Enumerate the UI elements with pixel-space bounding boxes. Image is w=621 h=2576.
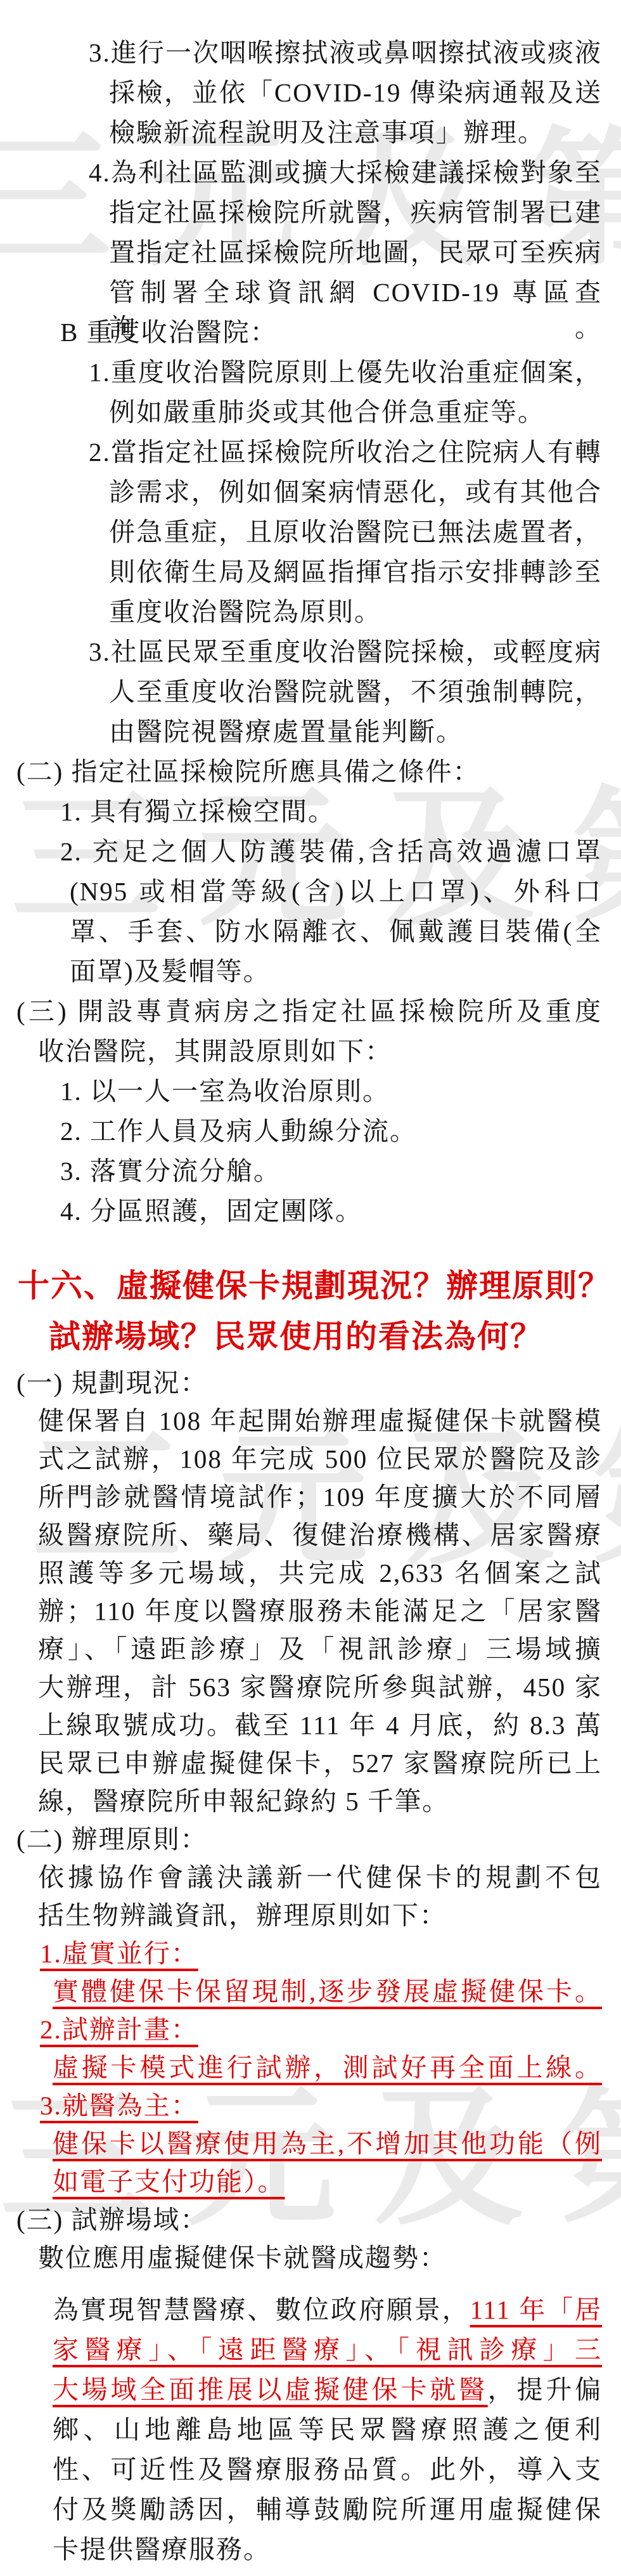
- text-segment: 括生物辨識資訊，辦理原則如下：: [38, 1901, 447, 1930]
- text-line: 所門診就醫情境試作；109 年度擴大於不同層: [38, 1479, 602, 1515]
- text-line: 則依衛生局及網區指揮官指示安排轉診至: [109, 554, 602, 590]
- text-line: 併急重症，且原收治醫院已無法處置者，: [109, 514, 602, 550]
- text-segment: 療」、「遠距診療」及「視訊診療」三場域擴: [38, 1634, 602, 1664]
- text-line: 1.虛實並行：: [40, 1936, 198, 1971]
- text-segment: 辦；110 年度以醫療服務未能滿足之「居家醫: [38, 1596, 602, 1626]
- highlighted-red-text: 2.試辦計畫：: [40, 2015, 198, 2044]
- text-line: 1.重度收治醫院原則上優先收治重症個案，: [89, 354, 602, 390]
- text-segment: 診需求，例如個案病情惡化，或有其他合: [109, 477, 602, 507]
- text-segment: 試辦場域？民眾使用的看法為何？: [49, 1319, 543, 1354]
- text-line: 民眾已申辦虛擬健保卡，527 家醫療院所已上: [38, 1745, 602, 1781]
- text-segment: 採檢，並依「COVID-19 傳染病通報及送: [109, 78, 602, 107]
- text-segment: 例如嚴重肺炎或其他合併急重症等。: [109, 398, 545, 427]
- text-segment: 由醫院視醫療處置量能判斷。: [109, 717, 463, 746]
- highlighted-red-text: 3.就醫為主：: [40, 2091, 198, 2120]
- text-segment: 2.當指定社區採檢院所收治之住院病人有轉: [89, 437, 602, 467]
- highlighted-red-text: 健保卡以醫療使用為主,不增加其他功能（例: [53, 2129, 602, 2158]
- highlighted-red-text: 家醫療」、「遠距醫療」、「視訊診療」三: [53, 2335, 602, 2364]
- text-line: 由醫院視醫療處置量能判斷。: [109, 714, 463, 749]
- text-segment: (二) 辦理原則：: [16, 1825, 208, 1854]
- text-line: (三) 開設專責病房之指定社區採檢院所及重度: [16, 994, 602, 1029]
- text-line: (一) 規劃現況：: [16, 1365, 208, 1401]
- text-line: 罩、手套、防水隔離衣、佩戴護目裝備(全: [70, 914, 602, 949]
- text-segment: 級醫療院所、藥局、復健治療機構、居家醫療: [38, 1520, 602, 1550]
- text-segment: 人至重度收治醫院就醫，不須強制轉院，: [109, 677, 602, 706]
- text-line: 人至重度收治醫院就醫，不須強制轉院，: [109, 674, 602, 709]
- text-segment: 2. 工作人員及病人動線分流。: [60, 1116, 417, 1146]
- text-line: 置指定社區採檢院所地圖，民眾可至疾病: [109, 235, 602, 270]
- highlighted-red-text: 1.虛實並行：: [40, 1939, 198, 1968]
- text-line: 2. 充足之個人防護裝備,含括高效過濾口罩: [60, 834, 602, 869]
- text-line: 3. 落實分流分艙。: [60, 1153, 281, 1189]
- document-page: 三元及第三元及第三元及第三元及第3.進行一次咽喉擦拭液或鼻咽擦拭液或痰液採檢，並…: [0, 0, 621, 2576]
- text-line: 採檢，並依「COVID-19 傳染病通報及送: [109, 75, 602, 110]
- text-line: 鄉、山地離島地區等民眾醫療照護之便利: [53, 2412, 602, 2447]
- text-line: 實體健保卡保留現制,逐步發展虛擬健保卡。: [53, 1974, 602, 2009]
- text-segment: 付及獎勵誘因，輔導鼓勵院所運用虛擬健保: [53, 2495, 602, 2524]
- text-segment: (三) 開設專責病房之指定社區採檢院所及重度: [16, 997, 602, 1026]
- text-segment: 上線取號成功。截至 111 年 4 月底，約 8.3 萬: [38, 1711, 602, 1740]
- highlighted-red-text: 大場域全面推展以虛擬健保卡就醫: [53, 2375, 488, 2404]
- text-segment: (N95 或相當等級(含)以上口罩)、外科口: [70, 877, 602, 906]
- text-line: 辦；110 年度以醫療服務未能滿足之「居家醫: [38, 1593, 602, 1629]
- text-segment: 健保署自 108 年起開始辦理虛擬健保卡就醫模: [38, 1406, 602, 1435]
- text-segment: 所門診就醫情境試作；109 年度擴大於不同層: [38, 1482, 602, 1511]
- text-segment: 檢驗新流程說明及注意事項」辦理。: [109, 118, 545, 147]
- highlighted-red-text: 實體健保卡保留現制,逐步發展虛擬健保卡。: [53, 1977, 602, 2006]
- text-line: 線，醫療院所申報紀錄約 5 千筆。: [38, 1783, 449, 1819]
- text-segment: 置指定社區採檢院所地圖，民眾可至疾病: [109, 238, 602, 267]
- highlighted-red-text: 虛擬卡模式進行試辦，測試好再全面上線。: [53, 2053, 602, 2082]
- text-line: 式之試辦，108 年完成 500 位民眾於醫院及診: [38, 1441, 602, 1477]
- text-line: (二) 辦理原則：: [16, 1822, 208, 1857]
- text-segment: 鄉、山地離島地區等民眾醫療照護之便利: [53, 2415, 602, 2444]
- text-line: 如電子支付功能）。: [53, 2164, 285, 2199]
- text-segment: 3.社區民眾至重度收治醫院採檢，或輕度病: [89, 637, 602, 666]
- text-line: 例如嚴重肺炎或其他合併急重症等。: [109, 394, 545, 430]
- text-segment: 3. 落實分流分艙。: [60, 1156, 281, 1186]
- text-line: B 重度收治醫院：: [60, 314, 278, 350]
- text-segment: 面罩)及髮帽等。: [70, 957, 271, 986]
- text-line: 指定社區採檢院所就醫，疾病管制署已建: [109, 195, 602, 230]
- text-line: 性、可近性及醫療服務品質。此外，導入支: [53, 2452, 602, 2487]
- text-line: 療」、「遠距診療」及「視訊診療」三場域擴: [38, 1631, 602, 1667]
- text-line: 2.當指定社區採檢院所收治之住院病人有轉: [89, 434, 602, 470]
- text-segment: 照護等多元場域，共完成 2,633 名個案之試: [38, 1558, 602, 1588]
- text-line: 大辦理，計 563 家醫療院所參與試辦，450 家: [38, 1669, 602, 1705]
- text-line: 1. 以一人一室為收治原則。: [60, 1073, 390, 1109]
- text-segment: 併急重症，且原收治醫院已無法處置者，: [109, 517, 602, 547]
- text-segment: 1. 以一人一室為收治原則。: [60, 1077, 390, 1106]
- text-line: 大場域全面推展以虛擬健保卡就醫，提升偏: [53, 2372, 602, 2407]
- text-line: 家醫療」、「遠距醫療」、「視訊診療」三: [53, 2332, 602, 2367]
- section-title-line: 十六、虛擬健保卡規劃現況？辦理原則？: [18, 1265, 611, 1307]
- text-line: 數位應用虛擬健保卡就醫成趨勢：: [38, 2240, 447, 2275]
- text-segment: (三) 試辦場域：: [16, 2205, 208, 2234]
- text-segment: 指定社區採檢院所就醫，疾病管制署已建: [109, 198, 602, 227]
- text-segment: 民眾已申辦虛擬健保卡，527 家醫療院所已上: [38, 1749, 602, 1778]
- text-segment: (二) 指定社區採檢院所應具備之條件：: [16, 757, 480, 786]
- text-segment: 性、可近性及醫療服務品質。此外，導入支: [53, 2455, 602, 2484]
- text-line: 診需求，例如個案病情惡化，或有其他合: [109, 474, 602, 510]
- text-line: 照護等多元場域，共完成 2,633 名個案之試: [38, 1555, 602, 1591]
- text-segment: 1.重度收治醫院原則上優先收治重症個案，: [89, 358, 602, 387]
- highlighted-red-text: 111 年「居: [470, 2295, 602, 2324]
- text-segment: 則依衛生局及網區指揮官指示安排轉診至: [109, 557, 602, 586]
- text-segment: 數位應用虛擬健保卡就醫成趨勢：: [38, 2243, 447, 2272]
- text-line: 4.為利社區監測或擴大採檢建議採檢對象至: [89, 155, 602, 190]
- text-line: 重度收治醫院為原則。: [109, 594, 381, 630]
- text-line: 檢驗新流程說明及注意事項」辦理。: [109, 115, 545, 150]
- text-line: 健保卡以醫療使用為主,不增加其他功能（例: [53, 2126, 602, 2161]
- text-segment: 式之試辦，108 年完成 500 位民眾於醫院及診: [38, 1444, 602, 1473]
- text-segment: 依據協作會議決議新一代健保卡的規劃不包: [38, 1863, 602, 1892]
- text-line: 付及獎勵誘因，輔導鼓勵院所運用虛擬健保: [53, 2492, 602, 2527]
- text-segment: 大辦理，計 563 家醫療院所參與試辦，450 家: [38, 1673, 602, 1702]
- highlighted-red-text: 如電子支付功能）。: [53, 2167, 285, 2196]
- text-line: 為實現智慧醫療、數位政府願景，111 年「居: [53, 2292, 602, 2327]
- section-title-line: 試辦場域？民眾使用的看法為何？: [49, 1316, 543, 1357]
- text-segment: 罩、手套、防水隔離衣、佩戴護目裝備(全: [70, 917, 602, 946]
- text-line: 級醫療院所、藥局、復健治療機構、居家醫療: [38, 1517, 602, 1553]
- text-segment: 卡提供醫療服務。: [53, 2535, 271, 2564]
- text-line: 健保署自 108 年起開始辦理虛擬健保卡就醫模: [38, 1403, 602, 1439]
- text-line: 3.社區民眾至重度收治醫院採檢，或輕度病: [89, 634, 602, 670]
- text-line: 上線取號成功。截至 111 年 4 月底，約 8.3 萬: [38, 1707, 602, 1743]
- text-segment: 4.為利社區監測或擴大採檢建議採檢對象至: [89, 158, 602, 187]
- text-segment: 為實現智慧醫療、數位政府願景，: [53, 2295, 470, 2324]
- text-segment: 1. 具有獨立採檢空間。: [60, 797, 335, 826]
- text-line: (二) 指定社區採檢院所應具備之條件：: [16, 754, 480, 789]
- text-line: 虛擬卡模式進行試辦，測試好再全面上線。: [53, 2050, 602, 2085]
- text-line: 卡提供醫療服務。: [53, 2532, 271, 2567]
- text-line: 2. 工作人員及病人動線分流。: [60, 1113, 417, 1149]
- text-segment: (一) 規劃現況：: [16, 1368, 208, 1397]
- text-line: 依據協作會議決議新一代健保卡的規劃不包: [38, 1860, 602, 1895]
- text-line: (N95 或相當等級(含)以上口罩)、外科口: [70, 874, 602, 909]
- text-segment: 重度收治醫院為原則。: [109, 597, 381, 626]
- text-line: 2.試辦計畫：: [40, 2012, 198, 2047]
- text-line: 面罩)及髮帽等。: [70, 954, 271, 989]
- text-segment: 4. 分區照護，固定團隊。: [60, 1196, 362, 1226]
- text-line: (三) 試辦場域：: [16, 2202, 208, 2237]
- text-segment: 3.進行一次咽喉擦拭液或鼻咽擦拭液或痰液: [89, 38, 602, 67]
- text-segment: 收治醫院，其開設原則如下：: [38, 1037, 392, 1066]
- text-segment: ，提升偏: [488, 2375, 602, 2404]
- text-line: 收治醫院，其開設原則如下：: [38, 1033, 392, 1069]
- text-line: 4. 分區照護，固定團隊。: [60, 1193, 362, 1229]
- text-line: 1. 具有獨立採檢空間。: [60, 794, 335, 829]
- text-line: 3.進行一次咽喉擦拭液或鼻咽擦拭液或痰液: [89, 35, 602, 70]
- text-segment: 十六、虛擬健保卡規劃現況？辦理原則？: [18, 1268, 611, 1304]
- text-segment: 線，醫療院所申報紀錄約 5 千筆。: [38, 1787, 449, 1816]
- text-line: 3.就醫為主：: [40, 2088, 198, 2123]
- text-segment: 2. 充足之個人防護裝備,含括高效過濾口罩: [60, 837, 602, 866]
- text-segment: B 重度收治醫院：: [60, 318, 278, 347]
- text-line: 括生物辨識資訊，辦理原則如下：: [38, 1898, 447, 1933]
